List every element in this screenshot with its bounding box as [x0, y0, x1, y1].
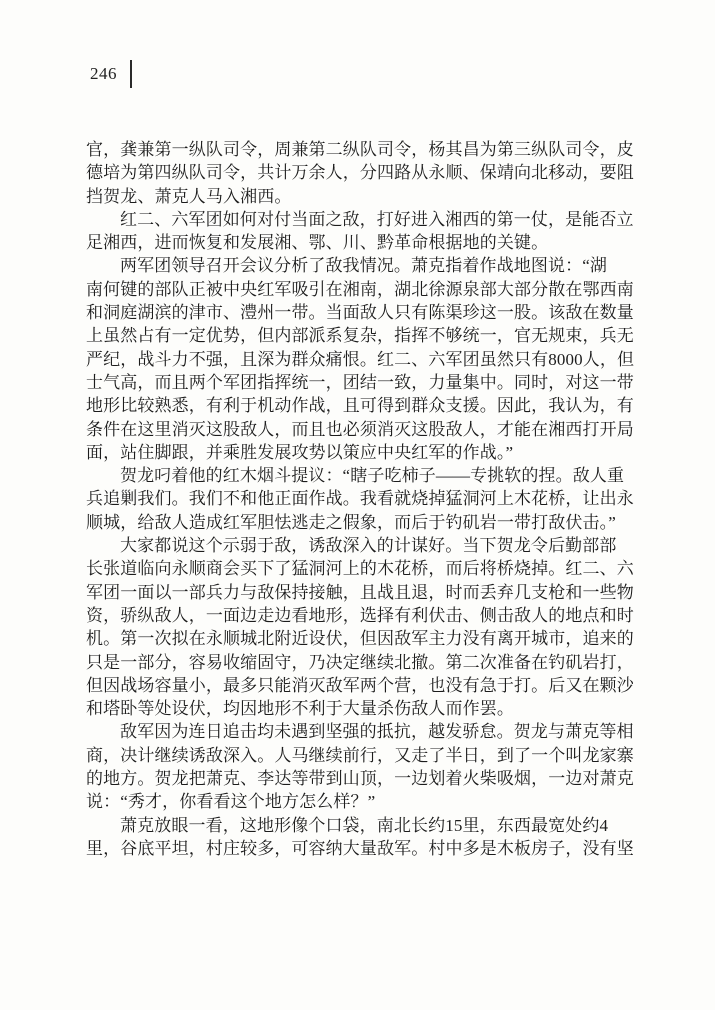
text-line: 里，谷底平坦，村庄较多，可容纳大量敌军。村中多是木板房子，没有坚: [86, 837, 638, 860]
paragraph: 官，龚兼第一纵队司令，周兼第二纵队司令，杨其昌为第三纵队司令，皮德培为第四纵队司…: [86, 138, 638, 208]
paragraph: 敌军因为连日追击均未遇到坚强的抵抗，越发骄怠。贺龙与萧克等相商，决计继续诱敌深入…: [86, 720, 638, 813]
text-line: 和洞庭湖滨的津市、澧州一带。当面敌人只有陈渠珍这一股。该敌在数量: [86, 301, 638, 324]
text-line: 条件在这里消灭这股敌人，而且也必须消灭这股敌人，才能在湘西打开局: [86, 418, 638, 441]
page-number: 246: [90, 64, 117, 84]
paragraph: 萧克放眼一看，这地形像个口袋，南北长约15里，东西最宽处约4里，谷底平坦，村庄较…: [86, 814, 638, 861]
text-line: 和塔卧等处设伏，均因地形不利于大量杀伤敌人而作罢。: [86, 697, 638, 720]
text-line: 资，骄纵敌人，一面边走边看地形，选择有利伏击、侧击敌人的地点和时: [86, 604, 638, 627]
text-line: 兵追剿我们。我们不和他正面作战。我看就烧掉猛洞河上木花桥，让出永: [86, 487, 638, 510]
text-line: 顺城，给敌人造成红军胆怯逃走之假象，而后于钓矶岩一带打敌伏击。”: [86, 511, 638, 534]
text-line: 上虽然占有一定优势，但内部派系复杂，指挥不够统一，官无规束，兵无: [86, 324, 638, 347]
text-line: 官，龚兼第一纵队司令，周兼第二纵队司令，杨其昌为第三纵队司令，皮: [86, 138, 638, 161]
text-line: 士气高，而且两个军团指挥统一，团结一致，力量集中。同时，对这一带: [86, 371, 638, 394]
paragraph: 大家都说这个示弱于敌，诱敌深入的计谋好。当下贺龙令后勤部部长张道临向永顺商会买下…: [86, 534, 638, 720]
text-line: 足湘西，进而恢复和发展湘、鄂、川、黔革命根据地的关键。: [86, 231, 638, 254]
page-header: 246: [90, 60, 132, 88]
text-line: 红二、六军团如何对付当面之敌，打好进入湘西的第一仗，是能否立: [86, 208, 638, 231]
text-line: 两军团领导召开会议分析了敌我情况。萧克指着作战地图说：“湖: [86, 254, 638, 277]
text-line: 萧克放眼一看，这地形像个口袋，南北长约15里，东西最宽处约4: [86, 814, 638, 837]
text-line: 面，站住脚跟，并乘胜发展攻势以策应中央红军的作战。”: [86, 441, 638, 464]
text-line: 军团一面以一部兵力与敌保持接触，且战且退，时而丢弃几支枪和一些物: [86, 581, 638, 604]
text-line: 但因战场容量小，最多只能消灭敌军两个营，也没有急于打。后又在颗沙: [86, 674, 638, 697]
text-line: 商，决计继续诱敌深入。人马继续前行，又走了半日，到了一个叫龙家寨: [86, 744, 638, 767]
text-line: 挡贺龙、萧克人马入湘西。: [86, 185, 638, 208]
text-line: 的地方。贺龙把萧克、李达等带到山顶，一边划着火柴吸烟，一边对萧克: [86, 767, 638, 790]
paragraph: 红二、六军团如何对付当面之敌，打好进入湘西的第一仗，是能否立足湘西，进而恢复和发…: [86, 208, 638, 255]
text-line: 机。第一次拟在永顺城北附近设伏，但因敌军主力没有离开城市，追来的: [86, 627, 638, 650]
paragraph: 贺龙叼着他的红木烟斗提议：“瞎子吃柿子——专挑软的捏。敌人重兵追剿我们。我们不和…: [86, 464, 638, 534]
text-line: 长张道临向永顺商会买下了猛洞河上的木花桥，而后将桥烧掉。红二、六: [86, 557, 638, 580]
text-line: 敌军因为连日追击均未遇到坚强的抵抗，越发骄怠。贺龙与萧克等相: [86, 720, 638, 743]
text-line: 严纪，战斗力不强，且深为群众痛恨。红二、六军团虽然只有8000人，但: [86, 348, 638, 371]
text-line: 南何键的部队正被中央红军吸引在湘南，湖北徐源泉部大部分散在鄂西南: [86, 278, 638, 301]
text-line: 大家都说这个示弱于敌，诱敌深入的计谋好。当下贺龙令后勤部部: [86, 534, 638, 557]
text-line: 说：“秀才，你看看这个地方怎么样？”: [86, 790, 638, 813]
text-line: 地形比较熟悉，有利于机动作战，且可得到群众支援。因此，我认为，有: [86, 394, 638, 417]
page-number-divider: [130, 60, 132, 88]
body-text: 官，龚兼第一纵队司令，周兼第二纵队司令，杨其昌为第三纵队司令，皮德培为第四纵队司…: [86, 138, 638, 860]
text-line: 只是一部分，容易收缩固守，乃决定继续北撤。第二次准备在钓矶岩打，: [86, 651, 638, 674]
text-line: 贺龙叼着他的红木烟斗提议：“瞎子吃柿子——专挑软的捏。敌人重: [86, 464, 638, 487]
paragraph: 两军团领导召开会议分析了敌我情况。萧克指着作战地图说：“湖南何键的部队正被中央红…: [86, 254, 638, 464]
text-line: 德培为第四纵队司令，共计万余人，分四路从永顺、保靖向北移动，要阻: [86, 161, 638, 184]
